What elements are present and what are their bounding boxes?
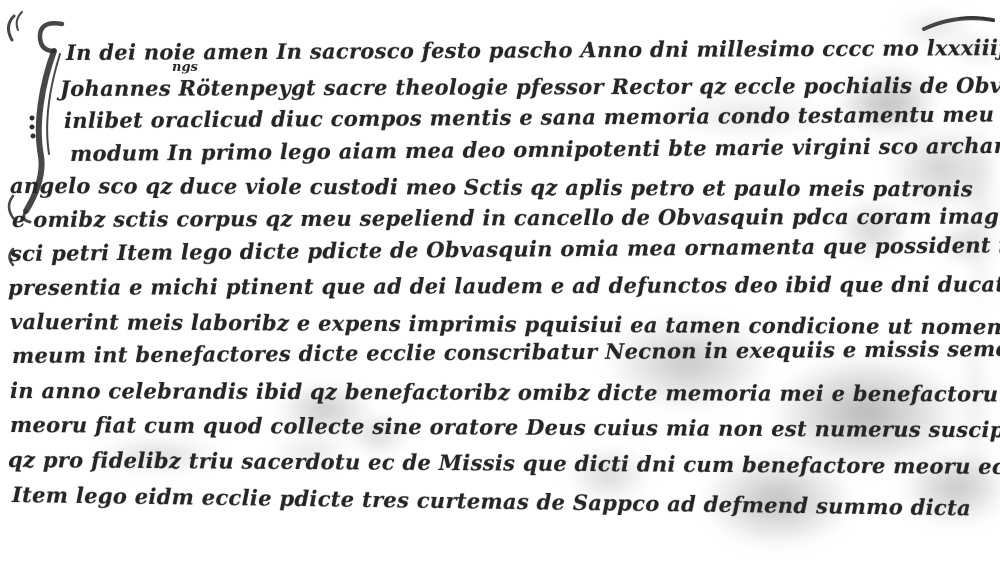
- manuscript-line-11: in anno celebrandis ibid qz benefactorib…: [10, 378, 998, 406]
- manuscript-line-13: qz pro fidelibz triu sacerdotu ec de Mis…: [8, 447, 1000, 479]
- manuscript-line-12: meoru fiat cum quod collecte sine orator…: [10, 412, 1000, 442]
- manuscript-line-7: sci petri Item lego dicte pdicte de Obva…: [10, 232, 1000, 266]
- manuscript-line-9: valuerint meis laboribz e expens imprimi…: [10, 309, 1000, 339]
- pen-stroke-mark: [920, 12, 998, 38]
- manuscript-line-4: modum In primo lego aiam mea deo omnipot…: [70, 132, 1000, 166]
- manuscript-page: ngs In dei noie amen In sacrosco festo p…: [0, 0, 1000, 581]
- manuscript-line-1: In dei noie amen In sacrosco festo pasch…: [66, 35, 1000, 65]
- manuscript-line-2: Johannes Rötenpeygt sacre theologie pfes…: [60, 72, 1000, 101]
- manuscript-line-3: inlibet oraclicud diuc compos mentis e s…: [64, 101, 1000, 133]
- manuscript-line-14: Item lego eidm ecclie pdicte tres curtem…: [12, 482, 971, 520]
- manuscript-line-8: presentia e michi ptinent que ad dei lau…: [8, 271, 1000, 300]
- manuscript-line-10: meum int benefactores dicte ecclie consc…: [12, 336, 1000, 368]
- manuscript-line-5: angelo sco qz duce viole custodi meo Sct…: [10, 173, 973, 201]
- manuscript-line-6: e omibz sctis corpus qz meu sepeliend in…: [12, 203, 1000, 232]
